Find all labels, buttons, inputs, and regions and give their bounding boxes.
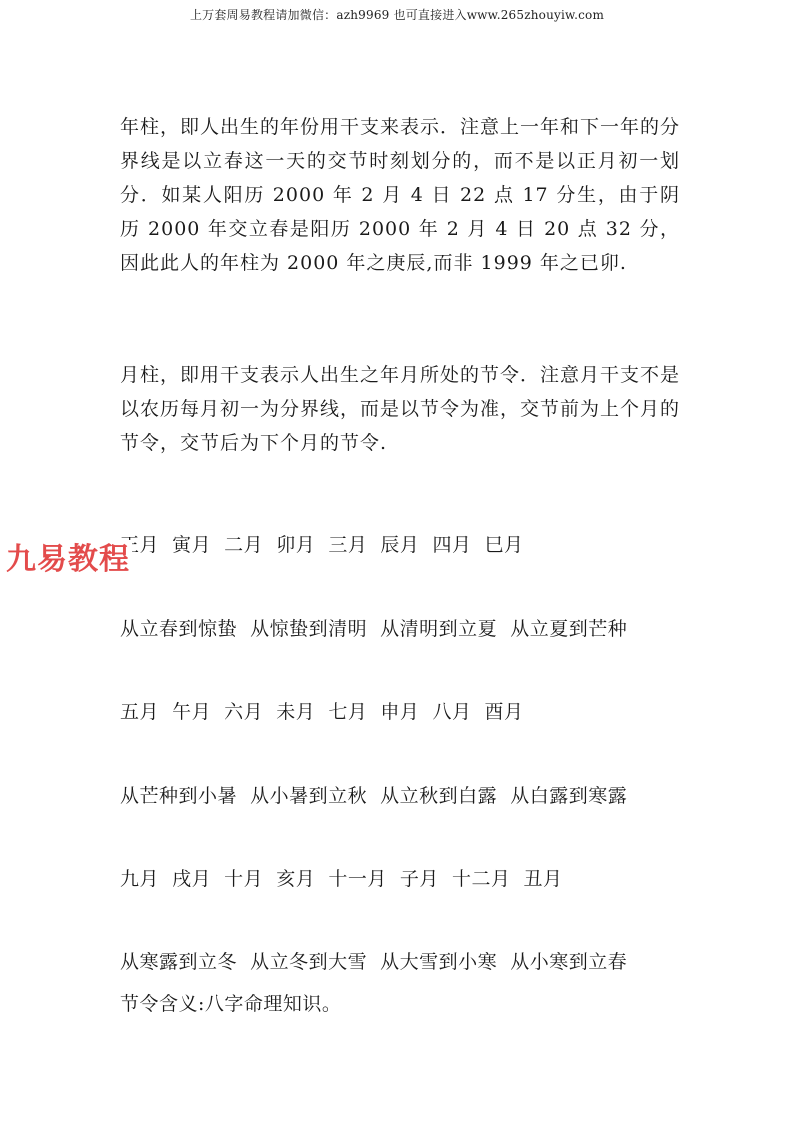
year-pillar-paragraph: 年柱，即人出生的年份用干支来表示．注意上一年和下一年的分界线是以立春这一天的交节… <box>120 110 680 280</box>
watermark-logo: 九易教程 <box>6 540 132 580</box>
footer-note: 节令含义:八字命理知识。 <box>120 987 341 1021</box>
month-row-2-names: 五月 午月 六月 未月 七月 申月 八月 酉月 <box>120 695 524 729</box>
month-row-2-terms: 从芒种到小暑 从小暑到立秋 从立秋到白露 从白露到寒露 <box>120 779 627 813</box>
month-row-1-terms: 从立春到惊蛰 从惊蛰到清明 从清明到立夏 从立夏到芒种 <box>120 612 627 646</box>
page-header-banner: 上万套周易教程请加微信：azh9969 也可直接进入www.265zhouyiw… <box>0 6 794 23</box>
month-row-3-terms: 从寒露到立冬 从立冬到大雪 从大雪到小寒 从小寒到立春 <box>120 945 627 979</box>
month-row-3-names: 九月 戌月 十月 亥月 十一月 子月 十二月 丑月 <box>120 862 563 896</box>
month-row-1-names: 正月 寅月 二月 卯月 三月 辰月 四月 巳月 <box>120 528 524 562</box>
month-pillar-paragraph: 月柱，即用干支表示人出生之年月所处的节令．注意月干支不是以农历每月初一为分界线，… <box>120 358 680 460</box>
